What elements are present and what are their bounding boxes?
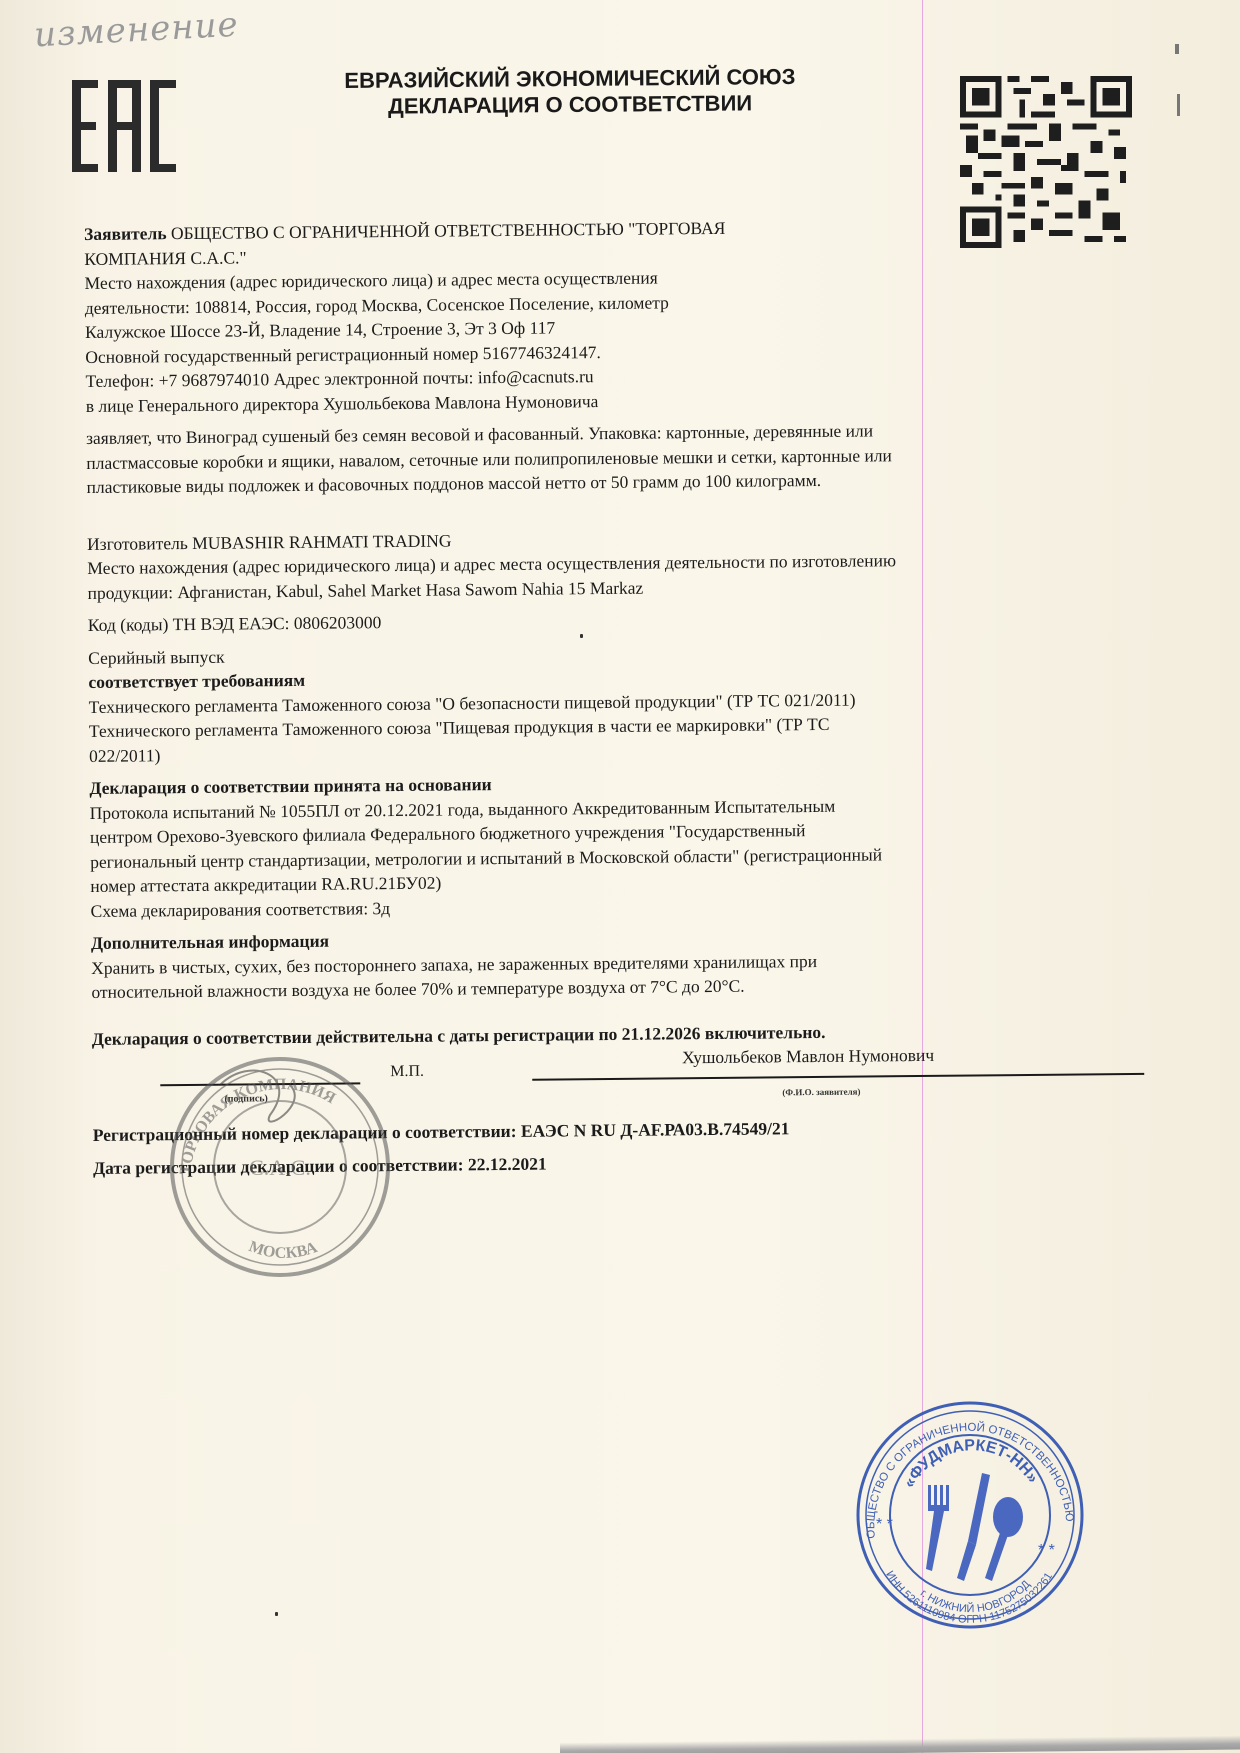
header-declaration-title: ДЕКЛАРАЦИЯ О СООТВЕТСТВИИ	[300, 90, 840, 121]
speck	[580, 634, 583, 638]
signer-name: Хушольбеков Мавлон Нумонович	[682, 1043, 934, 1070]
supplier-seal-icon: ОБЩЕСТВО С ОГРАНИЧЕННОЙ ОТВЕТСТВЕННОСТЬЮ…	[850, 1395, 1090, 1635]
manufacturer-label: Изготовитель	[87, 533, 188, 554]
header-union-title: ЕВРАЗИЙСКИЙ ЭКОНОМИЧЕСКИЙ СОЮЗ	[300, 64, 840, 95]
applicant-label: Заявитель	[84, 223, 167, 244]
svg-text:* *: * *	[1038, 1542, 1055, 1559]
company-seal-icon: ТОРГОВАЯ КОМПАНИЯ МОСКВА С.А.С.	[160, 1045, 400, 1285]
svg-text:С.А.С.: С.А.С.	[249, 1155, 311, 1180]
declaration-body: Заявитель ОБЩЕСТВО С ОГРАНИЧЕННОЙ ОТВЕТС…	[84, 212, 1143, 1180]
manufacturer-name: MUBASHIR RAHMATI TRADING	[188, 530, 452, 553]
staple-mark	[1177, 94, 1180, 116]
applicant-name: ОБЩЕСТВО С ОГРАНИЧЕННОЙ ОТВЕТСТВЕННОСТЬЮ…	[166, 218, 725, 243]
svg-text:МОСКВА: МОСКВА	[246, 1238, 319, 1262]
svg-text:ИНН 5261110984 ОГРН 1175275032: ИНН 5261110984 ОГРН 1175275032261	[883, 1569, 1055, 1626]
speck	[275, 1612, 278, 1616]
eac-logo-icon	[70, 78, 182, 174]
svg-text:* *: * *	[876, 1516, 893, 1533]
staple-mark	[1175, 44, 1179, 54]
document-header: ЕВРАЗИЙСКИЙ ЭКОНОМИЧЕСКИЙ СОЮЗ ДЕКЛАРАЦИ…	[300, 64, 840, 121]
name-caption: (Ф.И.О. заявителя)	[782, 1080, 860, 1105]
